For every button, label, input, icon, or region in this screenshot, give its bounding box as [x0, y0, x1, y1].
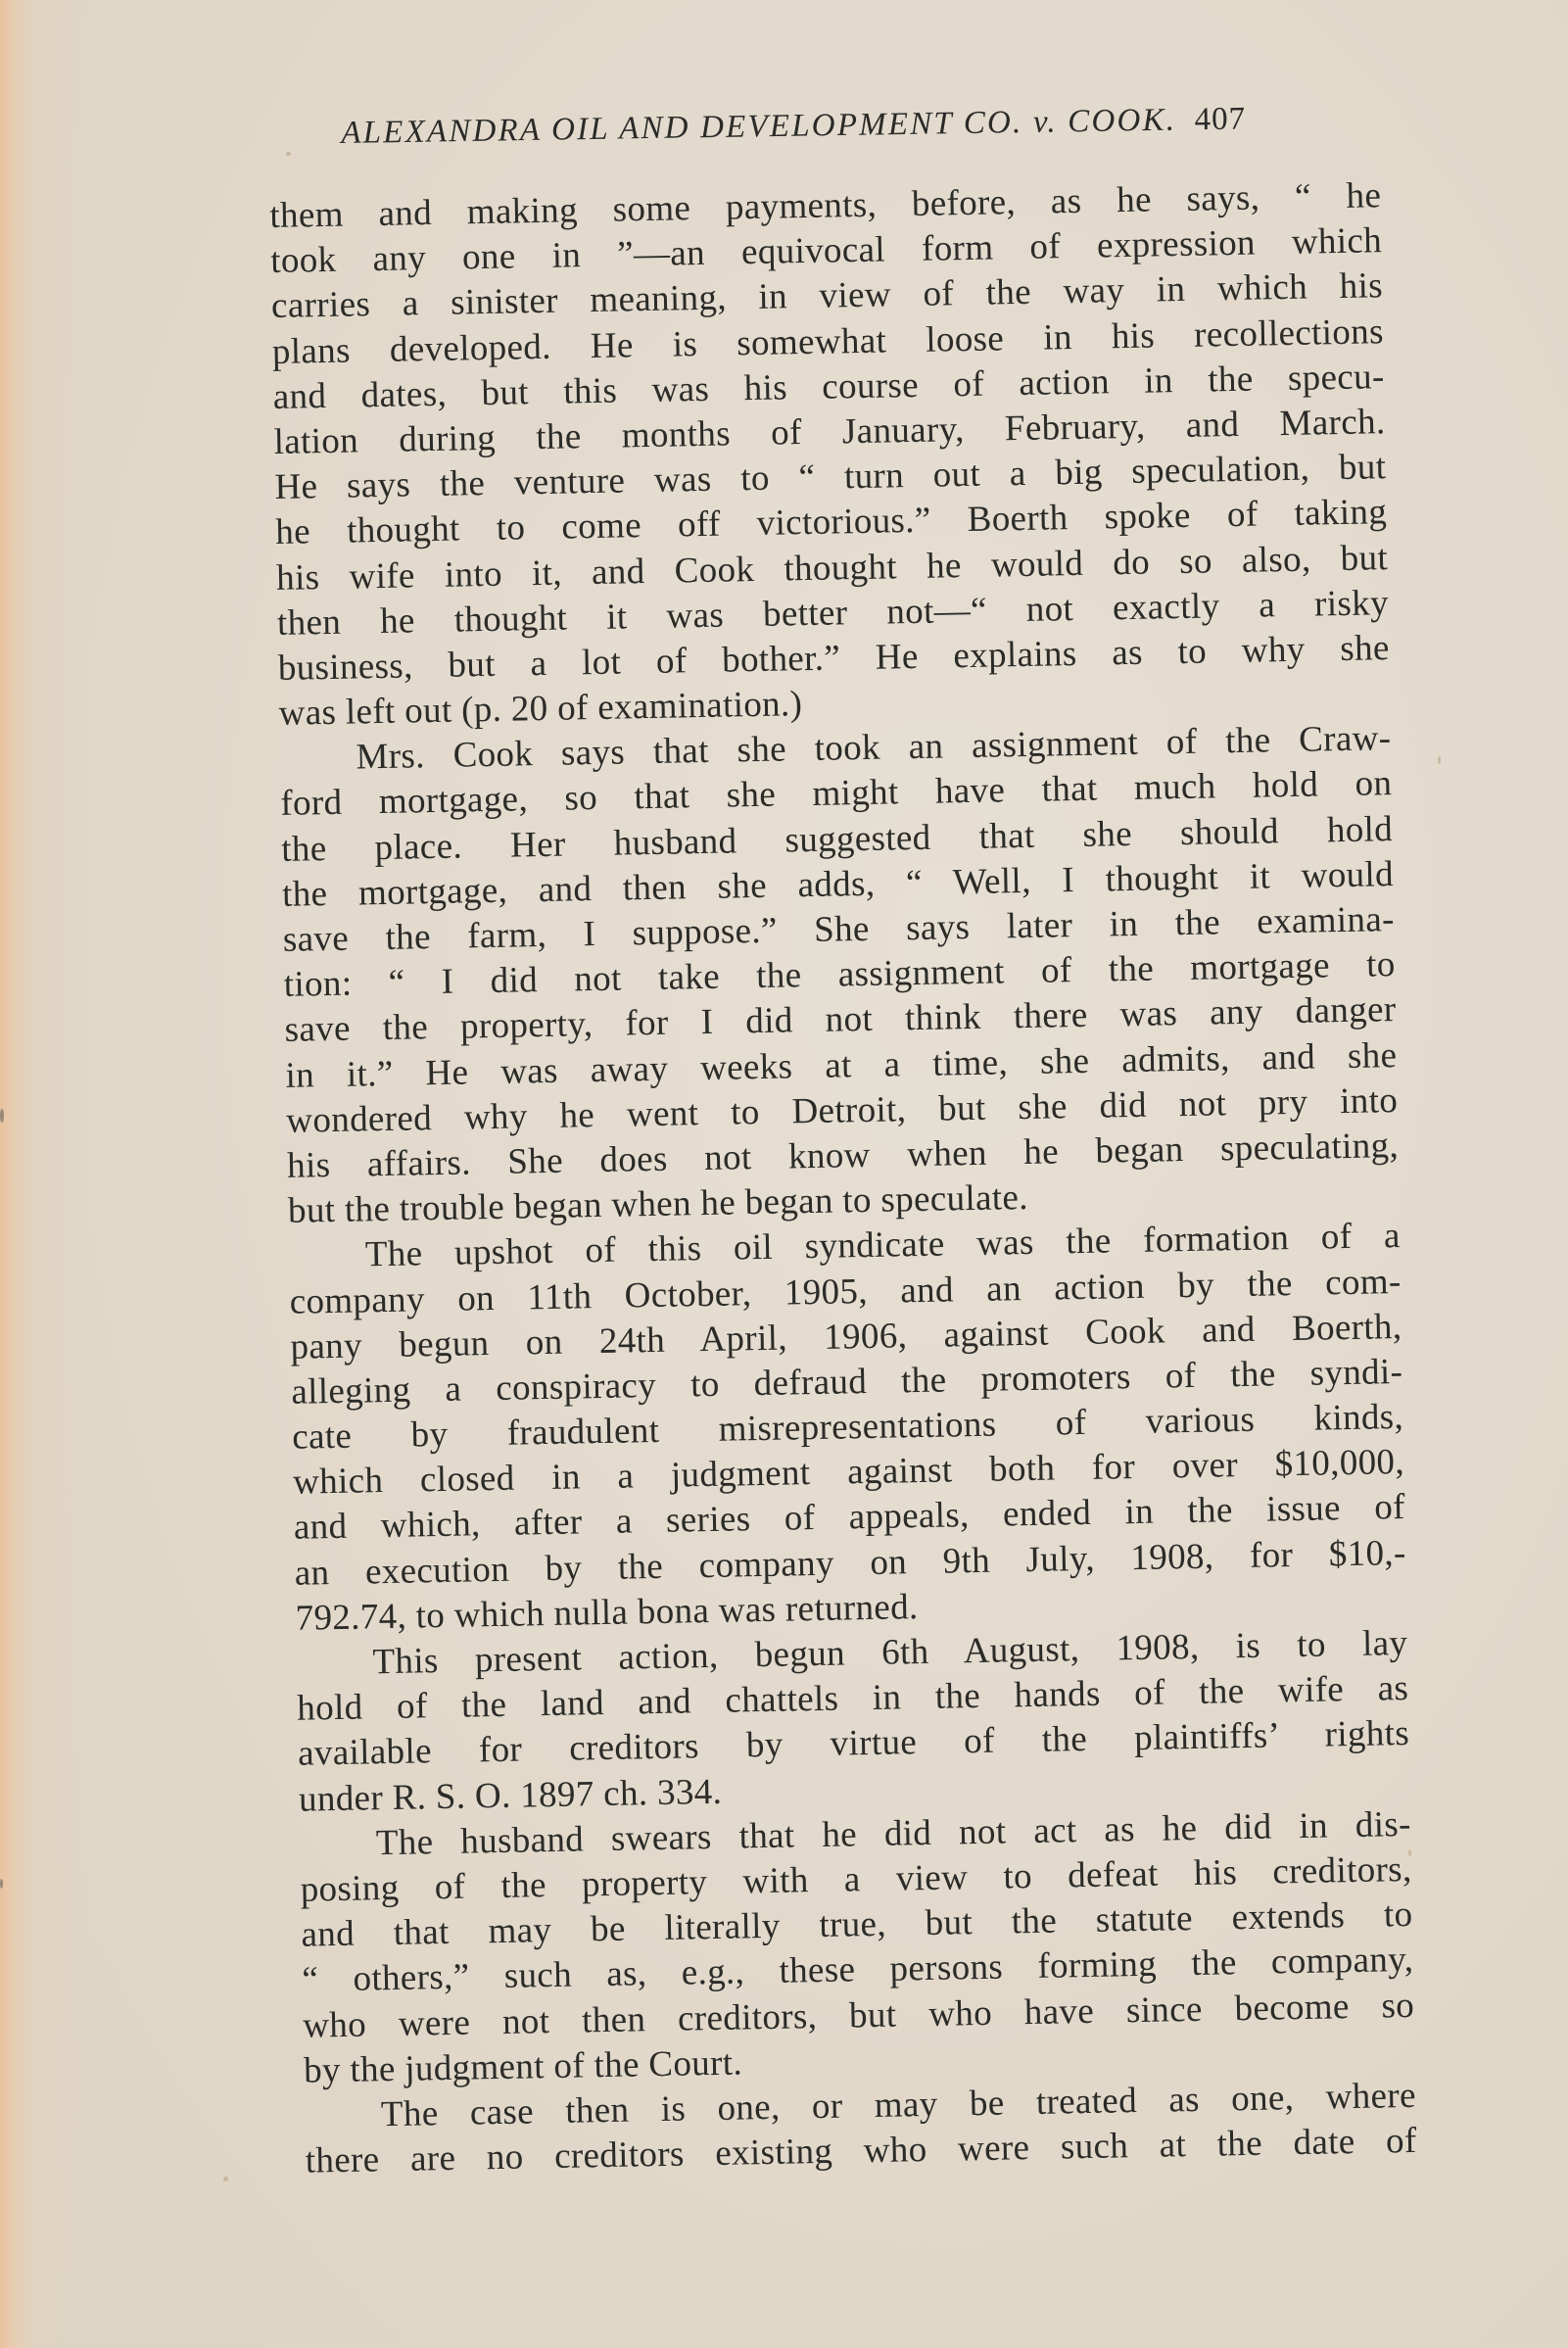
paper-blemish [0, 1879, 3, 1889]
paper-blemish [0, 1109, 4, 1123]
paragraph-case-then: The case then is one, or may be treated … [305, 2074, 1418, 2184]
running-head: ALEXANDRA OIL AND DEVELOPMENT CO. v. COO… [341, 100, 1341, 165]
paragraph-upshot: The upshot of this oil syndicate was the… [288, 1214, 1406, 1641]
body-text: them and making some payments, before, a… [269, 173, 1417, 2184]
paper-blemish [1408, 1849, 1411, 1856]
paper-blemish [1438, 756, 1441, 764]
paper-blemish [286, 152, 291, 156]
paragraph-present-action: This present action, begun 6th August, 1… [296, 1621, 1410, 1823]
paper-blemish [223, 2177, 228, 2181]
book-page: ALEXANDRA OIL AND DEVELOPMENT CO. v. COO… [0, 0, 1568, 2348]
page-number: 407 [1194, 101, 1246, 137]
paragraph-continued: them and making some payments, before, a… [269, 173, 1391, 737]
paragraph-mrs-cook: Mrs. Cook says that she took an assignme… [279, 716, 1400, 1234]
running-head-title: ALEXANDRA OIL AND DEVELOPMENT CO. v. COO… [341, 103, 1176, 151]
paragraph-husband-swears: The husband swears that he did not act a… [299, 1802, 1415, 2094]
